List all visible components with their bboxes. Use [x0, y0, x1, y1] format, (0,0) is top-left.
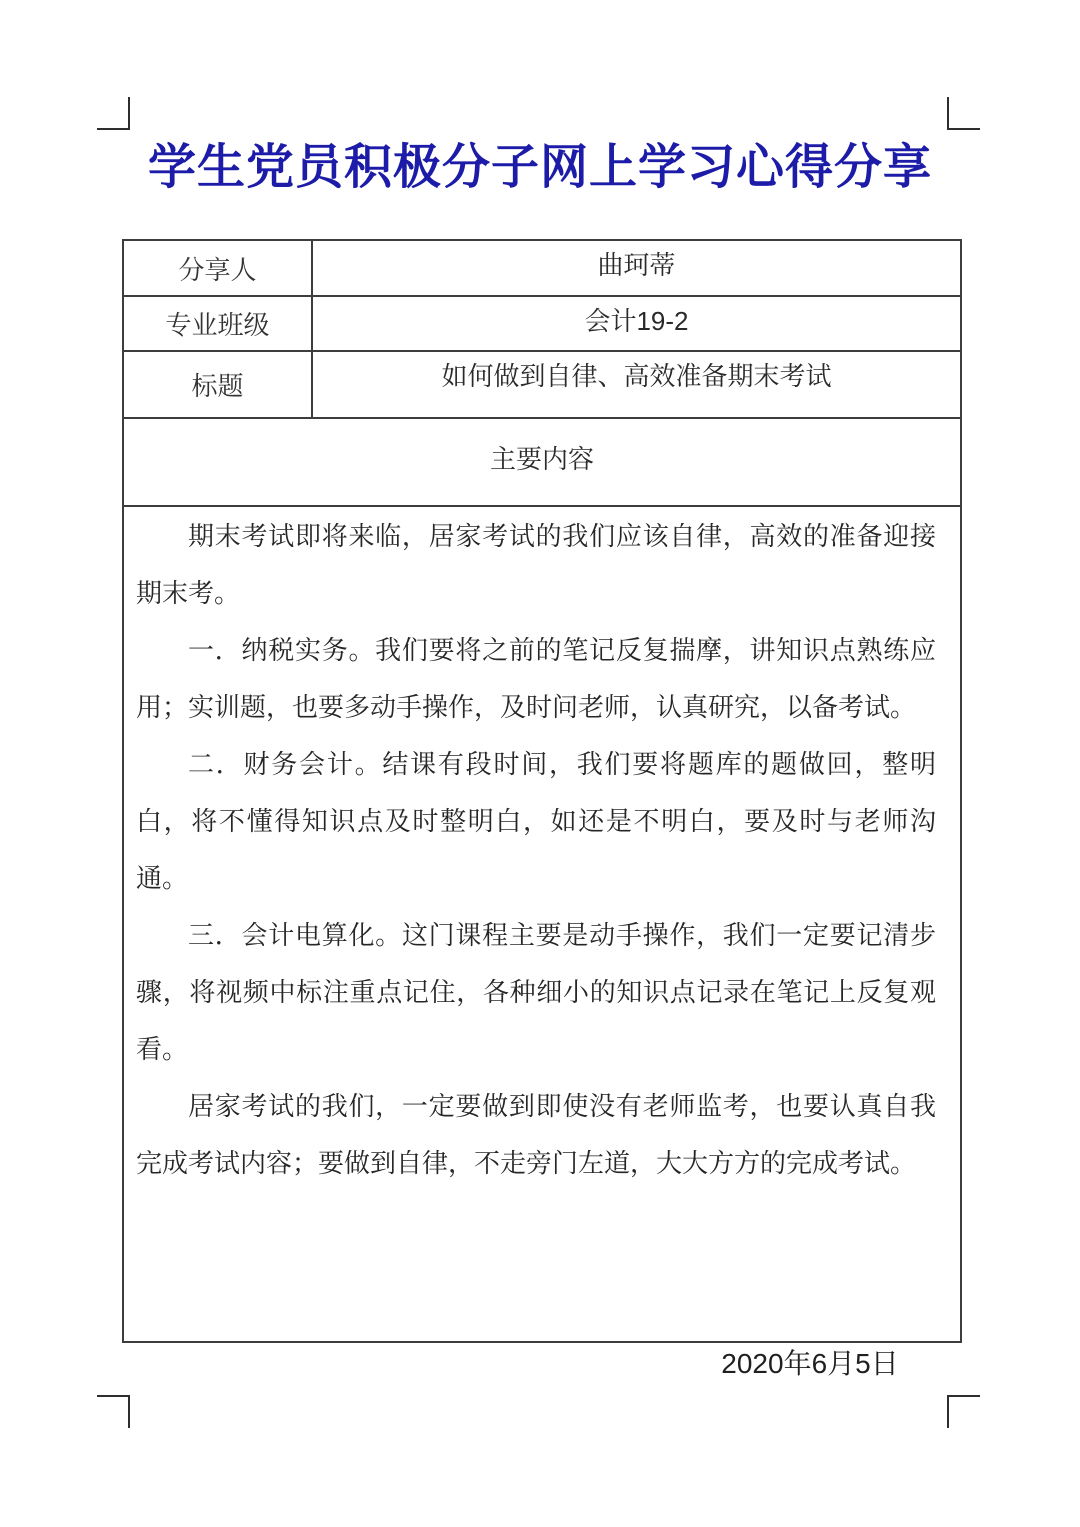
table-row-topic: 标题 如何做到自律、高效准备期末考试	[124, 352, 960, 419]
crop-mark-bottom-left-icon	[97, 1395, 130, 1428]
table-row-section-header: 主要内容	[124, 419, 960, 507]
crop-mark-top-right-icon	[947, 97, 980, 130]
form-table: 分享人 曲珂蒂 专业班级 会计19-2 标题 如何做到自律、高效准备期末考试 主…	[122, 239, 962, 1343]
content-paragraph: 二．财务会计。结课有段时间，我们要将题库的题做回，整明白，将不懂得知识点及时整明…	[136, 736, 936, 907]
section-header: 主要内容	[124, 419, 960, 505]
content-paragraph: 一．纳税实务。我们要将之前的笔记反复揣摩，讲知识点熟练应用；实训题，也要多动手操…	[136, 622, 936, 736]
crop-mark-bottom-right-icon	[947, 1395, 980, 1428]
page-title: 学生党员积极分子网上学习心得分享	[0, 128, 1080, 197]
topic-label: 标题	[124, 352, 313, 417]
sharer-value: 曲珂蒂	[313, 241, 960, 295]
crop-mark-top-left-icon	[97, 97, 130, 130]
major-class-value: 会计19-2	[313, 297, 960, 350]
major-class-label: 专业班级	[124, 297, 313, 350]
content-paragraph: 期末考试即将来临，居家考试的我们应该自律，高效的准备迎接期末考。	[136, 508, 936, 622]
document-page: 学生党员积极分子网上学习心得分享 分享人 曲珂蒂 专业班级 会计19-2 标题 …	[0, 0, 1080, 1527]
content-paragraph: 三．会计电算化。这门课程主要是动手操作，我们一定要记清步骤，将视频中标注重点记住…	[136, 907, 936, 1078]
sharer-label: 分享人	[124, 241, 313, 295]
table-row-major-class: 专业班级 会计19-2	[124, 297, 960, 352]
topic-value: 如何做到自律、高效准备期末考试	[313, 352, 960, 417]
main-content-cell: 期末考试即将来临，居家考试的我们应该自律，高效的准备迎接期末考。 一．纳税实务。…	[124, 507, 960, 1341]
table-row-sharer: 分享人 曲珂蒂	[124, 241, 960, 297]
content-paragraph: 居家考试的我们，一定要做到即使没有老师监考，也要认真自我完成考试内容；要做到自律…	[136, 1078, 936, 1192]
document-date: 2020年6月5日	[721, 1346, 898, 1382]
